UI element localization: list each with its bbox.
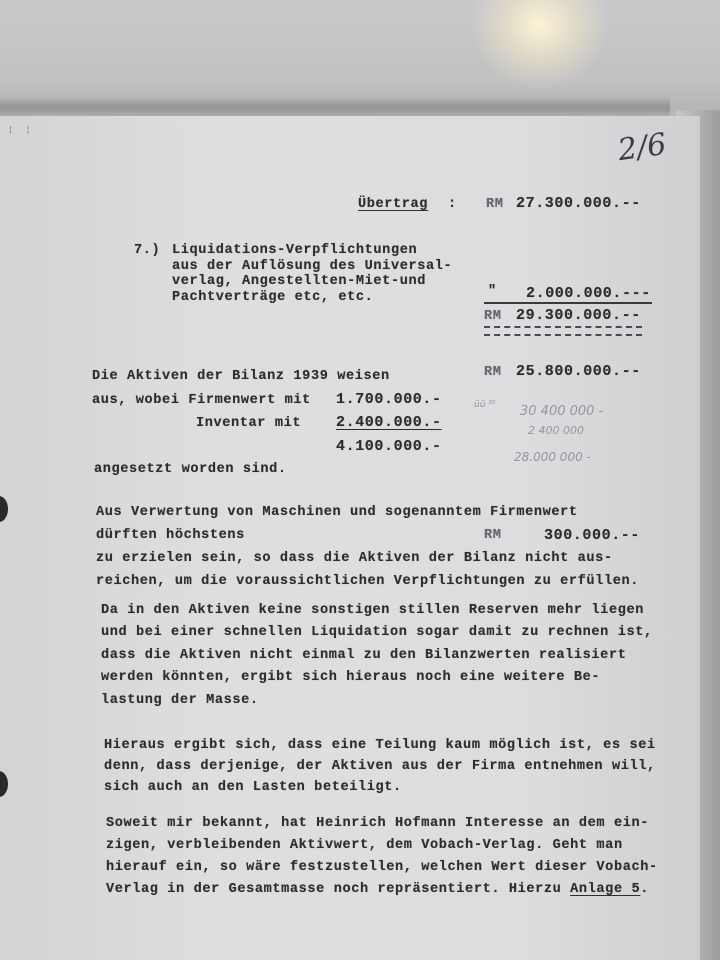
paragraph-line: und bei einer schnellen Liquidation soga… xyxy=(101,625,653,640)
light-glare xyxy=(470,0,610,90)
carryover-amount: 27.300.000.-- xyxy=(516,195,641,212)
paragraph-line: sich auch an den Lasten beteiligt. xyxy=(104,780,402,795)
pencil-note: 28.000 000 - xyxy=(514,450,591,464)
paragraph-line: denn, dass derjenige, der Aktiven aus de… xyxy=(104,759,656,774)
punch-hole-icon xyxy=(0,496,8,522)
paragraph-line: Soweit mir bekannt, hat Heinrich Hofmann… xyxy=(106,816,649,831)
item-7-line: Pachtverträge etc, etc. xyxy=(172,290,373,305)
carryover-currency: RM xyxy=(486,197,504,212)
assets-subtotal: 4.100.000.- xyxy=(336,438,442,455)
total-currency: RM xyxy=(484,309,502,324)
carryover-colon: : xyxy=(448,197,457,212)
margin-marks: ¦ ¦ xyxy=(8,126,48,156)
paragraph-line: hierauf ein, so wäre festzustellen, welc… xyxy=(106,860,658,875)
pencil-note-mark: üü ³⁰ xyxy=(474,400,496,410)
assets-line: Die Aktiven der Bilanz 1939 weisen xyxy=(92,369,390,384)
total-double-rule xyxy=(484,326,642,336)
paragraph-line: zu erzielen sein, so dass die Aktiven de… xyxy=(96,551,613,566)
sum-rule xyxy=(484,302,652,304)
paragraph-line: Hieraus ergibt sich, dass eine Teilung k… xyxy=(104,738,656,753)
attachment-reference: Anlage 5 xyxy=(570,882,640,897)
paragraph-line: reichen, um die voraussichtlichen Verpfl… xyxy=(96,574,639,589)
paragraph-line: zigen, verbleibenden Aktivwert, dem Voba… xyxy=(106,838,623,853)
punch-hole-icon xyxy=(0,771,8,797)
paragraph-line-end: . xyxy=(640,882,649,897)
pencil-note: 30 400 000 - xyxy=(520,404,603,419)
item-7-line: Liquidations-Verpflichtungen xyxy=(172,243,417,258)
assets-currency: RM xyxy=(484,365,502,380)
paragraph-line: Verlag in der Gesamtmasse noch repräsent… xyxy=(106,882,649,897)
paragraph-line: Da in den Aktiven keine sonstigen stille… xyxy=(101,603,644,618)
paragraph-line: Aus Verwertung von Maschinen und sogenan… xyxy=(96,505,578,520)
paragraph-line: werden könnten, ergibt sich hieraus noch… xyxy=(101,670,600,685)
paragraph-line: dass die Aktiven nicht einmal zu den Bil… xyxy=(101,648,626,663)
pencil-note: 2 400 000 xyxy=(528,424,584,437)
realization-currency: RM xyxy=(484,528,502,543)
realization-amount: 300.000.-- xyxy=(544,527,640,544)
item-7-number: 7.) xyxy=(134,243,160,258)
paragraph-line-text: Verlag in der Gesamtmasse noch repräsent… xyxy=(106,882,570,897)
item-7-line: aus der Auflösung des Universal- xyxy=(172,259,452,274)
paragraph-line: dürften höchstens xyxy=(96,528,245,543)
assets-line: aus, wobei Firmenwert mit xyxy=(92,393,311,408)
paragraph-line: lastung der Masse. xyxy=(101,693,259,708)
item-7-line: verlag, Angestellten-Miet-und xyxy=(172,274,426,289)
inventar-amount: 2.400.000.- xyxy=(336,414,442,431)
page-edge-shadow xyxy=(0,96,670,118)
firmenwert-amount: 1.700.000.- xyxy=(336,391,442,408)
carryover-label: Übertrag xyxy=(358,197,428,212)
ditto-mark: " xyxy=(488,284,497,299)
assets-amount: 25.800.000.-- xyxy=(516,363,641,380)
handwritten-page-number: 2/6 xyxy=(616,127,669,168)
item-7-amount: 2.000.000.--- xyxy=(526,285,651,302)
total-amount: 29.300.000.-- xyxy=(516,307,641,324)
inventar-label: Inventar mit xyxy=(196,416,301,431)
assets-line: angesetzt worden sind. xyxy=(94,462,287,477)
